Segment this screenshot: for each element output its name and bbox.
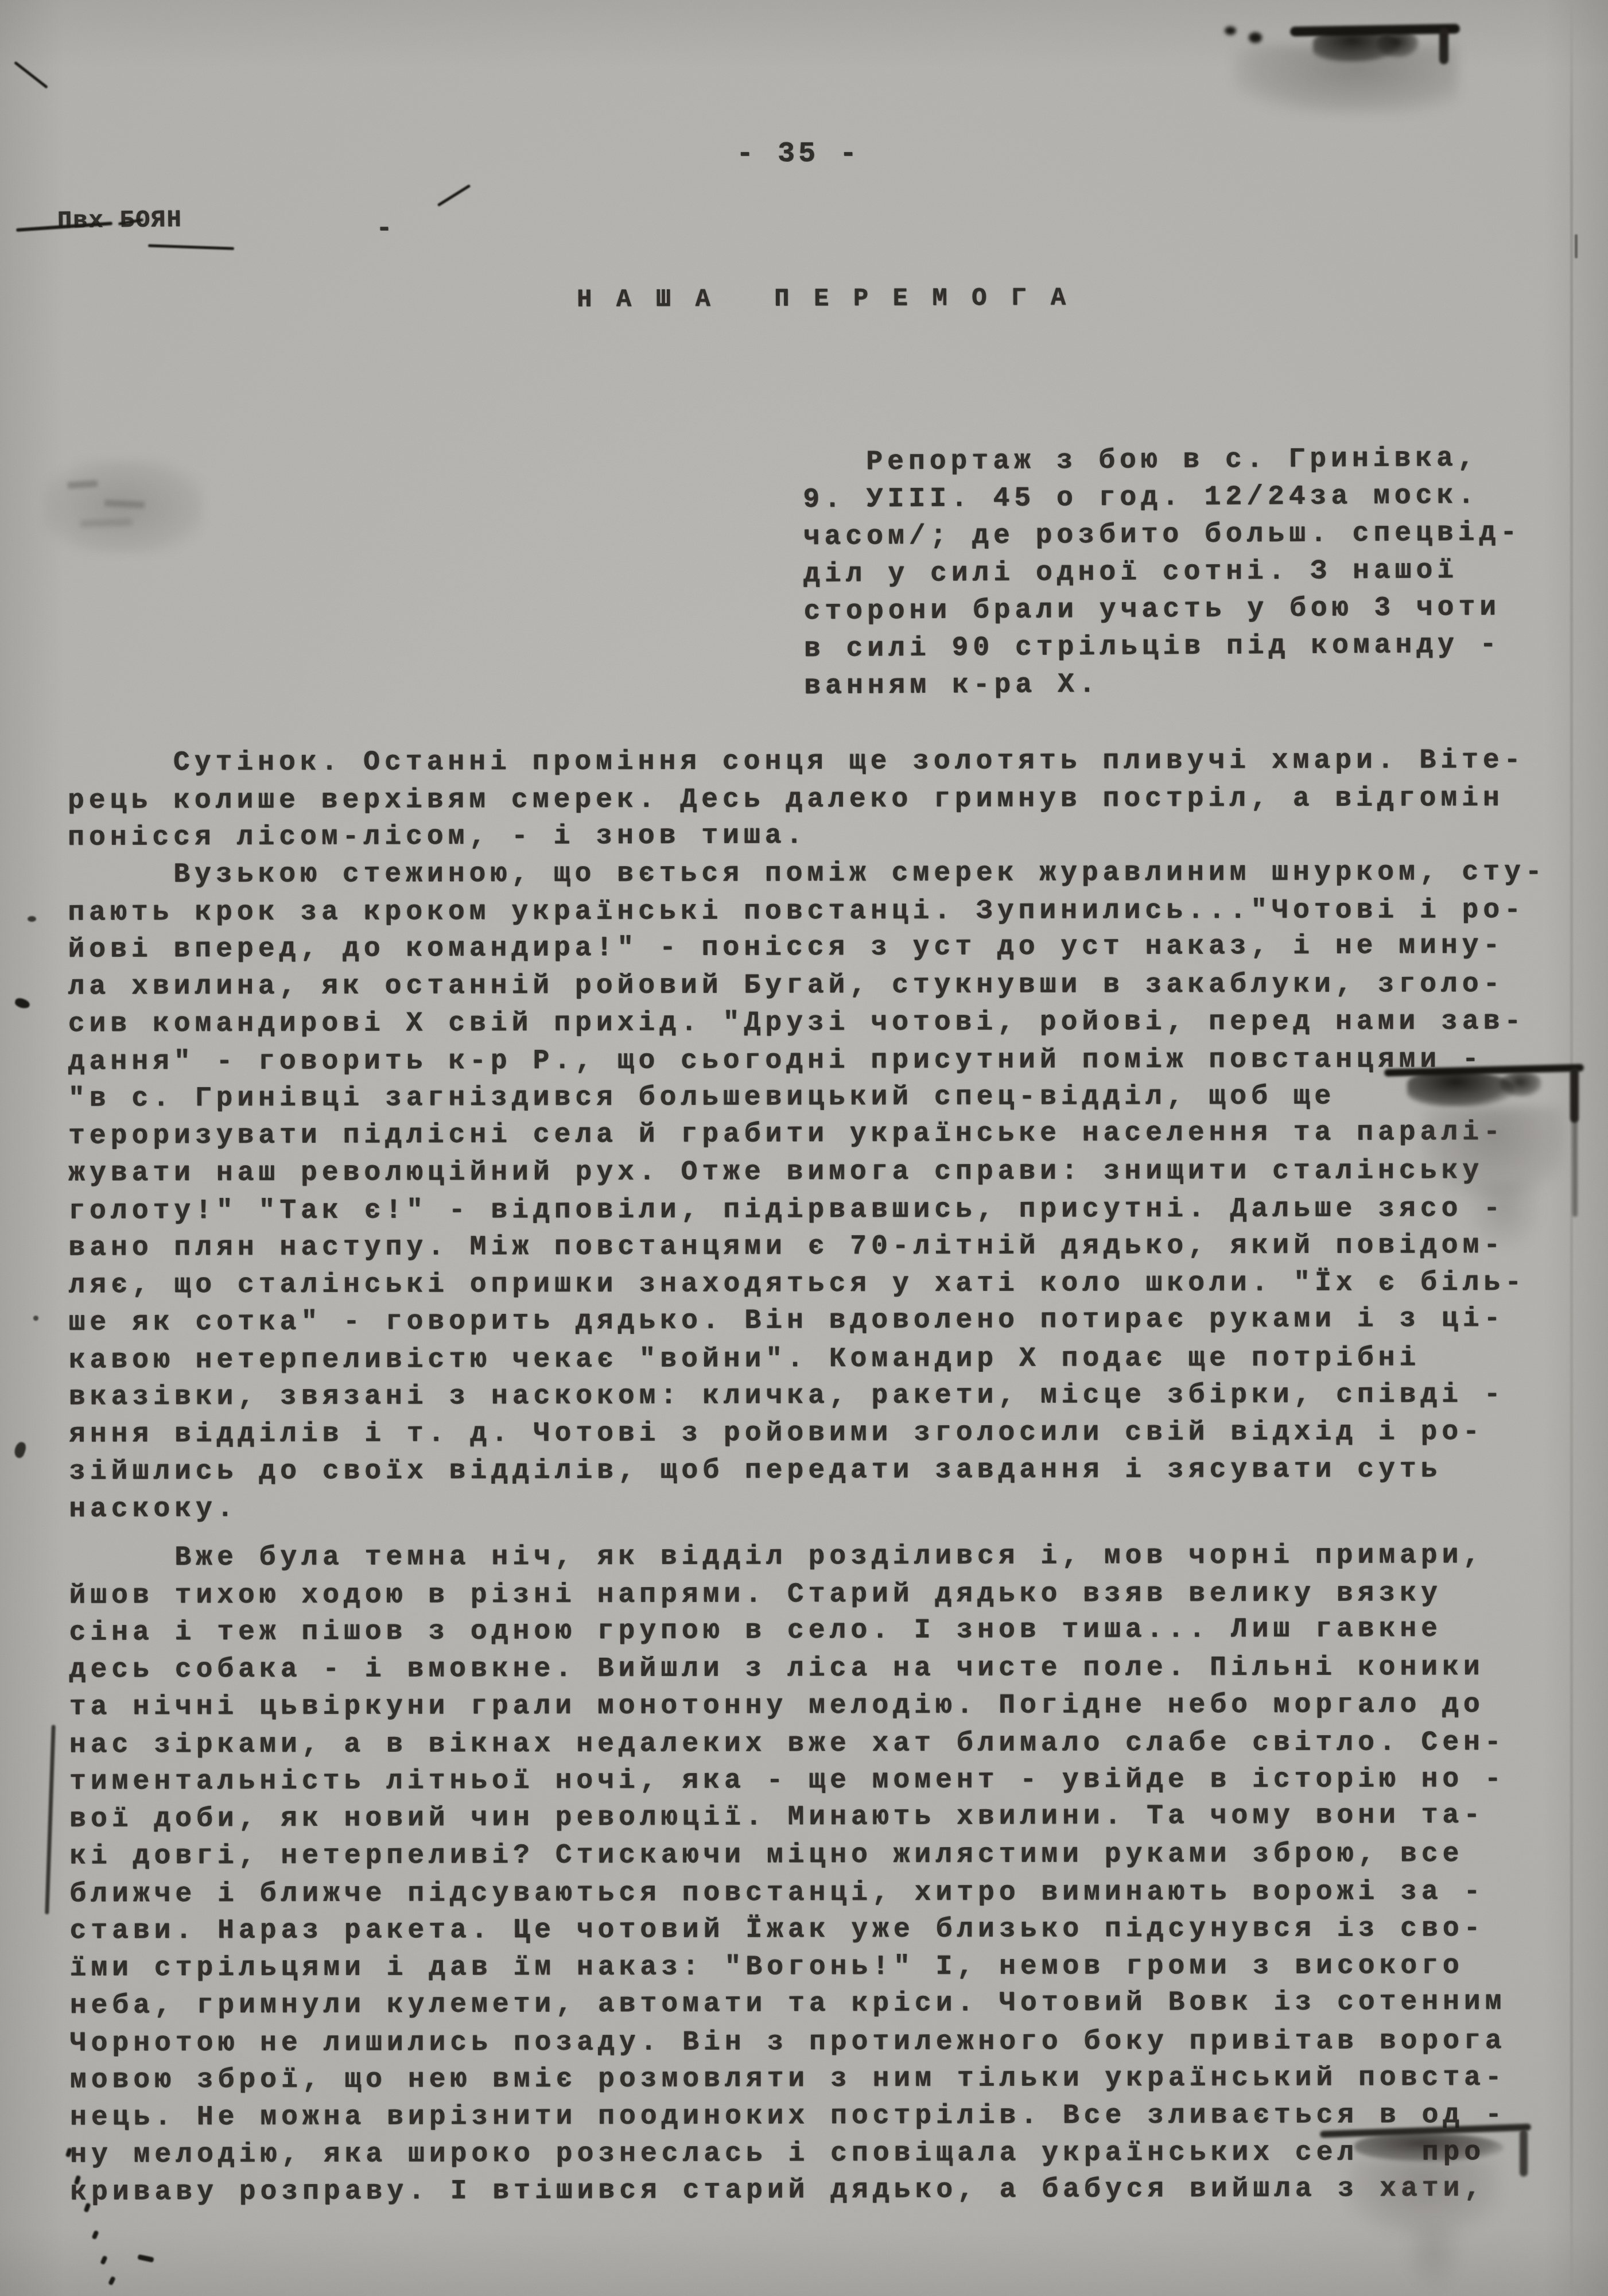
report-note-line: ванням к-ра Х. [804,664,1522,705]
ink-dot [1225,26,1236,35]
ink-drip-bottom [1520,2130,1528,2177]
report-note-line: Репортаж з бою в с. Гринівка, [803,440,1521,482]
ink-drip-middle [1572,1118,1578,1217]
ink-smudge-bottom [1354,2133,1504,2162]
text-line: ла хвилина, як останній ройовий Бугай, с… [68,966,1546,1006]
report-byline-block: Репортаж з бою в с. Гринівка,9. УІІІ. 45… [803,440,1522,705]
text-line: сив командирові Х свій прихід. "Друзі чо… [68,1003,1547,1043]
scanned-document-page: - 35 - Пвх БОЯН - Н А Ш А П Е Р Е М О Г … [0,0,1608,2296]
text-line: кавою нетерпеливістю чекає "войни". Кома… [69,1340,1547,1379]
text-line: наскоку. [69,1487,1547,1528]
text-line: жувати наш революційний рух. Отже вимога… [68,1153,1547,1192]
text-line: голоту!" "Так є!" - відповіли, підірвавш… [68,1190,1547,1230]
text-line: ну мелодію, яка широко рознеслась і спов… [70,2134,1548,2174]
pen-underline-author [148,244,234,250]
text-line: понісся лісом-лісом, - і знов тиша. [68,815,1546,856]
text-line: тероризувати підлісні села й грабити укр… [68,1114,1547,1155]
report-note-line: в силі 90 стрільців під команду - [804,626,1522,668]
paragraph: Сутінок. Останні проміння сонця ще золот… [68,742,1547,856]
text-line: яння відділів і т. д. Чотові з ройовими … [69,1414,1547,1453]
ink-wash-bottom [1349,2159,1500,2235]
text-line: сіна і теж пішов з одною групою в село. … [69,1610,1547,1651]
text-line: Чорнотою не лишились позаду. Він з проти… [70,2023,1548,2062]
text-line: йшов тихою ходою в різні напрями. Старий… [69,1575,1547,1615]
text-line: ше як сотка" - говорить дядько. Він вдов… [68,1300,1547,1341]
margin-speck [33,1316,38,1321]
author-pseudonym: Пвх БОЯН [57,206,182,235]
pen-tick-above-author [437,184,471,207]
ink-dot [1249,32,1262,43]
margin-wedge [14,997,30,1010]
paragraph: Вже була темна ніч, як відділ розділився… [69,1537,1548,2211]
text-line: вано плян наступу. Між повстанцями є 70-… [68,1227,1547,1267]
text-line: ближче і ближче підсуваються повстанці, … [69,1874,1548,1913]
margin-mark [13,1441,28,1459]
report-note-line: часом/; де розбито больш. спецвід- [803,514,1521,556]
text-line: "в с. Гринівці загніздився большевицький… [68,1078,1547,1118]
pen-dot-trail [91,2230,99,2240]
text-line: рець колише верхівям смерек. Десь далеко… [68,780,1546,820]
article-body: Сутінок. Останні проміння сонця ще золот… [68,742,1549,2211]
text-line: їми стрільцями і дав їм наказ: "Вогонь!"… [69,1948,1548,1987]
text-line: десь собака - і вмовкне. Вийшли з ліса н… [69,1649,1548,1689]
text-line: пають крок за кроком українські повстанц… [68,892,1546,932]
text-line: неба, гримнули кулемети, автомати та крі… [70,1983,1548,2024]
text-line: йові вперед, до командира!" - понісся з … [68,927,1546,968]
text-line: кі довгі, нетерпеливі? Стискаючи міцно ж… [69,1836,1548,1875]
text-line: вої доби, як новий чин революції. Минают… [69,1797,1548,1838]
report-note-line: 9. УІІІ. 45 о год. 12/24за моск. [803,477,1521,519]
text-line: Вузькою стежиною, що вється поміж смерек… [68,854,1546,894]
ink-wash-middle [1467,1181,1541,1250]
text-line: Вже була темна ніч, як відділ розділився… [69,1537,1547,1577]
text-line: вказівки, звязані з наскоком: кличка, ра… [69,1376,1547,1416]
article-title: Н А Ш А П Е Р Е М О Г А [577,284,1070,314]
text-line: стави. Нараз ракета. Це чотовий Їжак уже… [69,1910,1548,1950]
pen-dot-trail [108,2276,116,2286]
pen-dash-bottom [137,2254,154,2263]
text-line: ляє, що сталінські опришки знаходяться у… [68,1265,1547,1304]
stray-typed-dash: - [376,214,393,245]
text-line: нас зірками, а в вікнах недалеких вже ха… [69,1724,1548,1764]
ink-wash-top-right [1234,45,1458,114]
text-line: Сутінок. Останні проміння сонця ще золот… [68,742,1546,782]
ink-drip-middle [1570,1068,1579,1123]
ink-wash-bottom [1405,2225,1462,2289]
report-note-line: діл у силі одної сотні. З нашої [803,552,1522,594]
ink-smudge-middle [1499,1072,1541,1096]
pen-stroke-top-left [14,61,48,88]
text-line: дання" - говорить к-р Р., що сьогодні пр… [68,1041,1547,1081]
paragraph: Вузькою стежиною, що вється поміж смерек… [68,854,1547,1528]
text-line: криваву розправу. І втішився старий дядь… [70,2170,1548,2211]
report-note-line: сторони брали участь у бою 3 чоти [803,589,1522,631]
pen-dot-trail [100,2255,107,2265]
ink-smudge-middle [1407,1071,1515,1107]
margin-tick-right [1575,234,1578,258]
margin-vertical-crease-line [45,1725,56,1914]
text-line: мовою зброї, що нею вміє розмовляти з ни… [70,2060,1548,2099]
page-number: - 35 - [736,138,860,170]
text-line: та нічні цьвіркуни грали монотонну мелод… [69,1686,1548,1726]
text-line: тиментальність літньої ночі, яка - ще мо… [69,1761,1548,1801]
margin-speck [28,916,36,922]
text-line: зійшлись до своїх відділів, щоб передати… [69,1451,1547,1491]
